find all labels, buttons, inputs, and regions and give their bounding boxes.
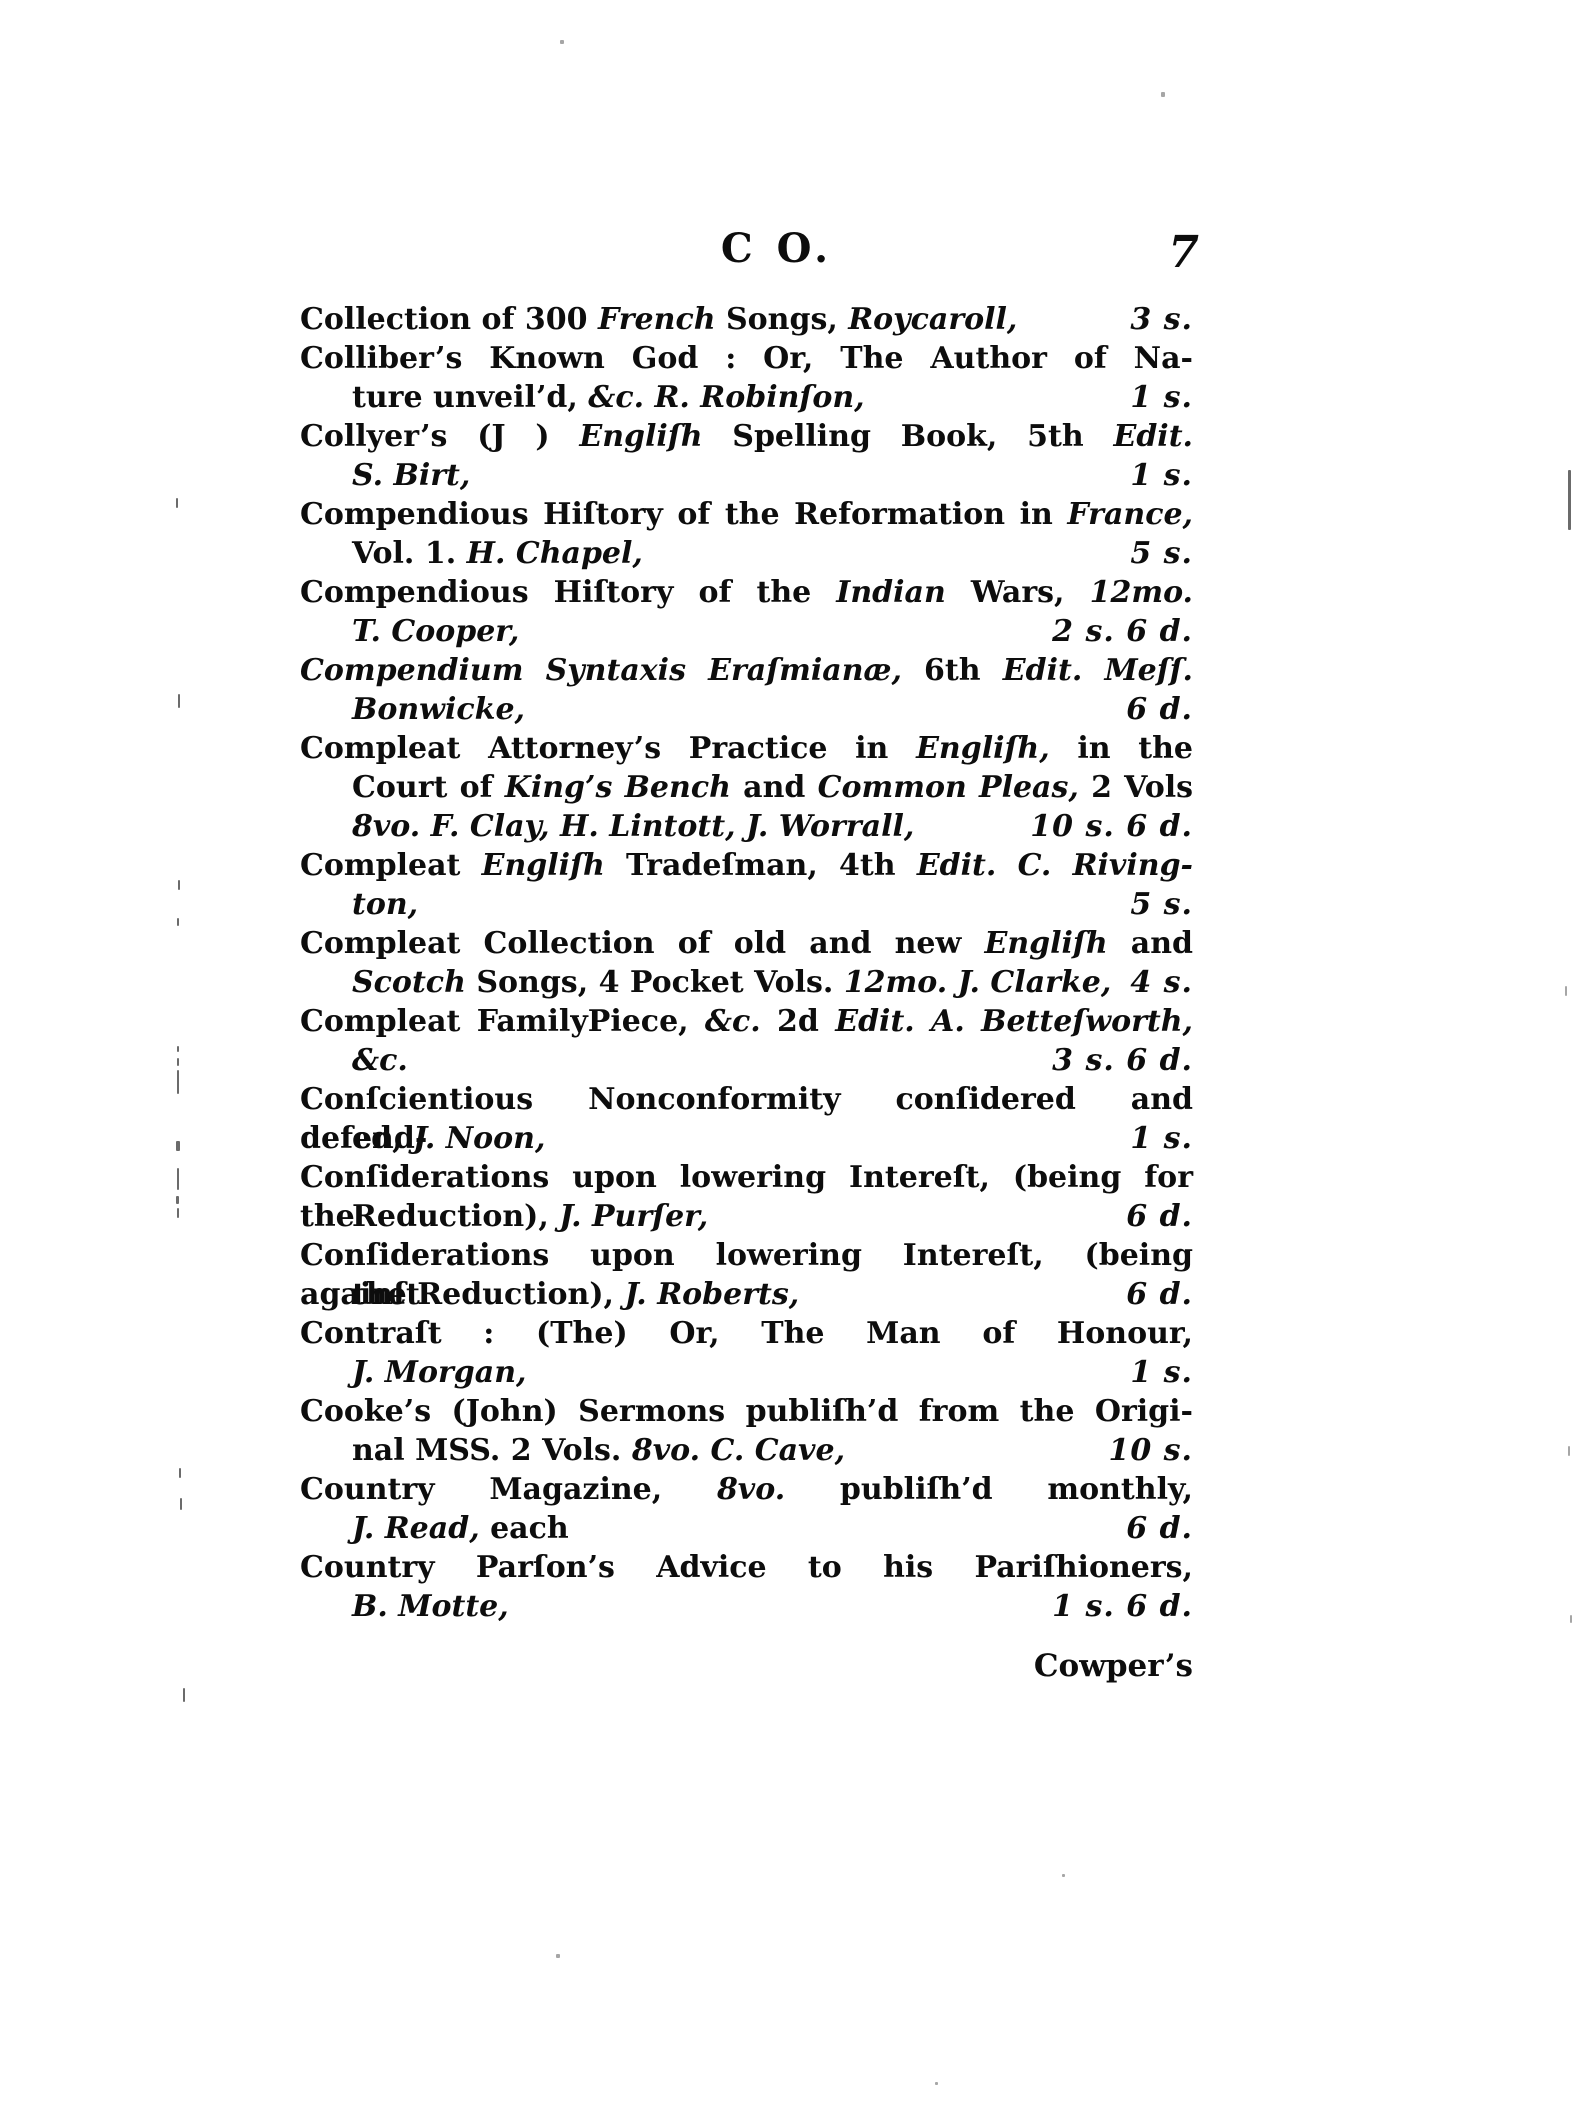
entry-text: Compendious Hiſtory of the Indian Wars, … (300, 575, 1193, 610)
scan-artifact (935, 2082, 938, 2085)
entry-line: Compleat FamilyPiece, &c. 2d Edit. A. Be… (300, 1002, 1193, 1041)
entry-line: Contraſt : (The) Or, The Man of Honour, (300, 1314, 1193, 1353)
entry-line: ture unveil’d, &c. R. Robinſon,1 s. (300, 378, 1193, 417)
entry-line: Bonwicke,6 d. (300, 690, 1193, 729)
entry-line: Conſiderations upon lowering Intereſt, (… (300, 1236, 1193, 1275)
catalog-entry: Contraſt : (The) Or, The Man of Honour,J… (300, 1314, 1193, 1392)
entry-line: Compendium Syntaxis Eraſmianæ, 6th Edit.… (300, 651, 1193, 690)
entry-price: 6 d. (1126, 1275, 1193, 1314)
scan-artifact (176, 1141, 180, 1151)
entry-text: Country Magazine, 8vo. publiſh’d monthly… (300, 1472, 1193, 1507)
entry-price: 1 s. (1130, 1353, 1193, 1392)
entry-line: Colliber’s Known God : Or, The Author of… (300, 339, 1193, 378)
catalog-entry: Cooke’s (John) Sermons publiſh’d from th… (300, 1392, 1193, 1470)
scan-artifact (178, 694, 180, 708)
running-title: C O. (721, 225, 833, 272)
entry-price: 6 d. (1126, 690, 1193, 729)
entry-line: Compleat Engliſh Tradeſman, 4th Edit. C.… (300, 846, 1193, 885)
entry-line: the Reduction), J. Roberts,6 d. (300, 1275, 1193, 1314)
scan-artifact (177, 1070, 179, 1094)
entry-text: Compleat Engliſh Tradeſman, 4th Edit. C.… (300, 848, 1193, 883)
entry-line: Collyer’s (J ) Engliſh Spelling Book, 5t… (300, 417, 1193, 456)
entry-text: B. Motte, (352, 1587, 509, 1626)
text-block: C O. 7 Collection of 300 French Songs, R… (300, 225, 1193, 1684)
entry-text: Colliber’s Known God : Or, The Author of… (300, 341, 1193, 376)
catalog-entry: Compleat Attorney’s Practice in Engliſh,… (300, 729, 1193, 846)
entry-text: T. Cooper, (352, 612, 519, 651)
entry-line: Conſiderations upon lowering Intereſt, (… (300, 1158, 1193, 1197)
entry-text: J. Morgan, (352, 1353, 526, 1392)
catalog-entry: Compendious Hiſtory of the Indian Wars, … (300, 573, 1193, 651)
entry-price: 5 s. (1130, 534, 1193, 573)
entry-line: Cooke’s (John) Sermons publiſh’d from th… (300, 1392, 1193, 1431)
entry-line: Compendious Hiſtory of the Reformation i… (300, 495, 1193, 534)
catalog-entry: Country Magazine, 8vo. publiſh’d monthly… (300, 1470, 1193, 1548)
entry-text: 8vo. F. Clay, H. Lintott, J. Worrall, (352, 807, 914, 846)
entry-line: Scotch Songs, 4 Pocket Vols. 12mo. J. Cl… (300, 963, 1193, 1002)
scan-artifact (556, 1954, 560, 1958)
entry-line: S. Birt,1 s. (300, 456, 1193, 495)
entry-text: Compleat FamilyPiece, &c. 2d Edit. A. Be… (300, 1004, 1193, 1039)
catalog-entry: Compleat Engliſh Tradeſman, 4th Edit. C.… (300, 846, 1193, 924)
catalog-entry: Compleat FamilyPiece, &c. 2d Edit. A. Be… (300, 1002, 1193, 1080)
entry-text: Bonwicke, (352, 690, 525, 729)
entry-text: Court of King’s Bench and Common Pleas, … (352, 770, 1193, 805)
page-number: 7 (1168, 231, 1199, 275)
entry-text: Contraſt : (The) Or, The Man of Honour, (300, 1316, 1193, 1351)
entry-price: 4 s. (1130, 963, 1193, 1002)
entry-text: Country Parſon’s Advice to his Pariſhion… (300, 1550, 1193, 1585)
scan-artifact (179, 1468, 181, 1478)
entry-line: Compleat Collection of old and new Engli… (300, 924, 1193, 963)
scan-artifact (177, 1046, 179, 1052)
entry-line: nal MSS. 2 Vols. 8vo. C. Cave,10 s. (300, 1431, 1193, 1470)
entry-line: ton,5 s. (300, 885, 1193, 924)
scan-artifact (176, 1196, 179, 1204)
entry-line: Country Magazine, 8vo. publiſh’d monthly… (300, 1470, 1193, 1509)
entry-price: 6 d. (1126, 1509, 1193, 1548)
catalog-entry: Colliber’s Known God : Or, The Author of… (300, 339, 1193, 417)
entry-line: Court of King’s Bench and Common Pleas, … (300, 768, 1193, 807)
entry-price: 1 s. (1130, 456, 1193, 495)
entry-price: 6 d. (1126, 1197, 1193, 1236)
scan-artifact (1062, 1874, 1065, 1877)
scan-artifact (177, 1208, 179, 1218)
entry-text: Compendious Hiſtory of the Reformation i… (300, 497, 1193, 532)
entry-text: Scotch Songs, 4 Pocket Vols. 12mo. J. Cl… (352, 963, 1111, 1002)
entry-line: Vol. 1. H. Chapel,5 s. (300, 534, 1193, 573)
catchword: Cowper’s (1034, 1648, 1193, 1684)
page-header: C O. 7 (300, 225, 1193, 300)
scan-artifact (177, 1168, 179, 1190)
entry-line: Conſcientious Nonconformity conſidered a… (300, 1080, 1193, 1119)
entry-line: Compleat Attorney’s Practice in Engliſh,… (300, 729, 1193, 768)
scan-artifact (1161, 92, 1165, 97)
entry-line: Compendious Hiſtory of the Indian Wars, … (300, 573, 1193, 612)
entry-line: Reduction), J. Purſer,6 d. (300, 1197, 1193, 1236)
entry-text: ture unveil’d, &c. R. Robinſon, (352, 378, 865, 417)
catalog-entry: Collyer’s (J ) Engliſh Spelling Book, 5t… (300, 417, 1193, 495)
entry-price: 10 s. (1108, 1431, 1193, 1470)
scan-artifact (1570, 1615, 1572, 1623)
catchword-row: Cowper’s (300, 1648, 1193, 1684)
entry-price: 5 s. (1130, 885, 1193, 924)
entry-line: T. Cooper,2 s. 6 d. (300, 612, 1193, 651)
scan-artifact (183, 1688, 185, 1702)
catalog-entry: Conſcientious Nonconformity conſidered a… (300, 1080, 1193, 1158)
scan-artifact (180, 1498, 182, 1510)
entry-text: ton, (352, 885, 418, 924)
entry-text: Collyer’s (J ) Engliſh Spelling Book, 5t… (300, 419, 1193, 454)
catalog-entry: Compendious Hiſtory of the Reformation i… (300, 495, 1193, 573)
entry-price: 3 s. 6 d. (1052, 1041, 1193, 1080)
entry-price: 1 s. 6 d. (1052, 1587, 1193, 1626)
entry-line: Country Parſon’s Advice to his Pariſhion… (300, 1548, 1193, 1587)
entry-text: nal MSS. 2 Vols. 8vo. C. Cave, (352, 1431, 845, 1470)
entry-text: the Reduction), J. Roberts, (352, 1275, 799, 1314)
scan-artifact (176, 498, 178, 508)
entry-line: 8vo. F. Clay, H. Lintott, J. Worrall,10 … (300, 807, 1193, 846)
entry-text: Reduction), J. Purſer, (352, 1197, 708, 1236)
entry-text: Compleat Attorney’s Practice in Engliſh,… (300, 731, 1193, 766)
entry-line: J. Morgan,1 s. (300, 1353, 1193, 1392)
scan-artifact (178, 880, 180, 890)
scan-artifact (177, 1058, 179, 1066)
catalog-entry: Collection of 300 French Songs, Roycarol… (300, 300, 1193, 339)
entry-text: Compendium Syntaxis Eraſmianæ, 6th Edit.… (300, 653, 1193, 688)
scan-artifact (1565, 986, 1567, 996)
entry-price: 1 s. (1130, 1119, 1193, 1158)
catalog-entry: Compleat Collection of old and new Engli… (300, 924, 1193, 1002)
entry-text: ed, J. Noon, (352, 1119, 545, 1158)
entry-price: 2 s. 6 d. (1052, 612, 1193, 651)
entry-text: Compleat Collection of old and new Engli… (300, 926, 1193, 961)
entry-price: 3 s. (1130, 300, 1193, 339)
catalog-entry: Compendium Syntaxis Eraſmianæ, 6th Edit.… (300, 651, 1193, 729)
entry-text: J. Read, each (352, 1509, 569, 1548)
entry-text: S. Birt, (352, 456, 470, 495)
scan-artifact (560, 40, 564, 44)
entry-line: &c.3 s. 6 d. (300, 1041, 1193, 1080)
catalog-entry: Conſiderations upon lowering Intereſt, (… (300, 1158, 1193, 1236)
scan-artifact (1568, 1446, 1570, 1456)
catalog-entries: Collection of 300 French Songs, Roycarol… (300, 300, 1193, 1626)
entry-text: Cooke’s (John) Sermons publiſh’d from th… (300, 1394, 1193, 1429)
entry-price: 10 s. 6 d. (1030, 807, 1193, 846)
entry-line: Collection of 300 French Songs, Roycarol… (300, 300, 1193, 339)
scan-artifact (177, 918, 179, 926)
entry-price: 1 s. (1130, 378, 1193, 417)
entry-text: Vol. 1. H. Chapel, (352, 534, 643, 573)
entry-text: Collection of 300 French Songs, Roycarol… (300, 300, 1017, 339)
entry-text: &c. (352, 1041, 408, 1080)
catalog-page: C O. 7 Collection of 300 French Songs, R… (0, 0, 1590, 2120)
scan-artifact (1568, 470, 1571, 530)
catalog-entry: Conſiderations upon lowering Intereſt, (… (300, 1236, 1193, 1314)
entry-line: B. Motte,1 s. 6 d. (300, 1587, 1193, 1626)
entry-line: ed, J. Noon,1 s. (300, 1119, 1193, 1158)
entry-line: J. Read, each6 d. (300, 1509, 1193, 1548)
catalog-entry: Country Parſon’s Advice to his Pariſhion… (300, 1548, 1193, 1626)
